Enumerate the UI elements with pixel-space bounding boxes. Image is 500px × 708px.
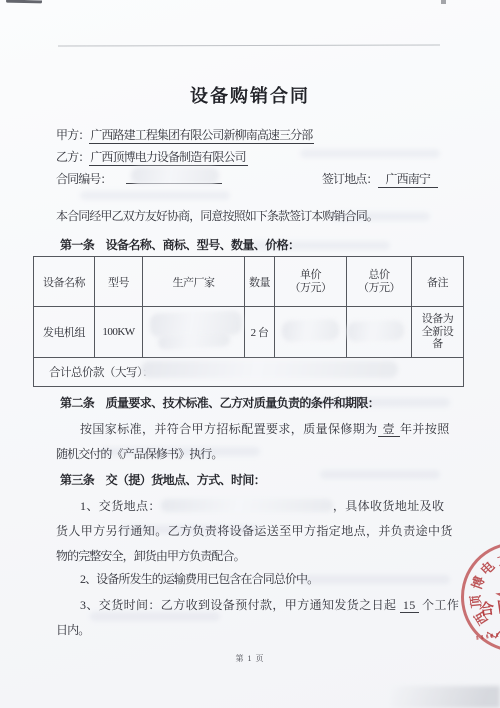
scan-top-rule — [58, 44, 440, 46]
col-header-unit-price-line2: （万元） — [290, 282, 332, 295]
clause3-item3-line1: 3、交货时间：乙方收到设备预付款，甲方通知发货之日起 15 个工作 — [80, 596, 459, 613]
item1-delivery-label: 1、交货地点： — [80, 499, 161, 513]
bleed-through — [300, 575, 450, 584]
clause2-line1-pre: 按国家标准，并符合甲方招标配置要求，质量保修期为 — [80, 422, 378, 436]
sign-place-label: 签订地点： — [322, 172, 378, 186]
col-header-total-price: 总价 （万元） — [347, 257, 412, 307]
contract-number-label: 合同编号： — [56, 170, 112, 187]
bleed-through — [80, 191, 230, 200]
redaction-delivery-place — [161, 499, 333, 512]
scan-corner-curl — [6, 0, 42, 6]
clause2-heading: 第二条 质量要求、技术标准、乙方对质量负责的条件和期限： — [60, 394, 379, 411]
col-header-total-price-line1: 总价 — [369, 269, 390, 282]
warranty-period-value: 壹 — [378, 422, 400, 437]
clause2-line1-post: 年并按照 — [400, 422, 450, 436]
party-a-label: 甲方： — [56, 128, 89, 142]
col-header-model: 型号 — [95, 257, 143, 307]
sign-place-line: 签订地点：广西南宁 — [322, 170, 438, 187]
scan-corner-shade — [390, 686, 500, 708]
clause2-line2: 随机交付的《产品保修书》执行。 — [56, 445, 223, 462]
col-header-total-price-line2: （万元） — [358, 282, 400, 295]
sign-place-value: 广西南宁 — [378, 172, 438, 188]
cell-equipment-name: 发电机组 — [34, 307, 95, 358]
contract-page: 设备购销合同 甲方：广西路建工程集团有限公司新柳南高速三分部 乙方：广西顶博电力… — [0, 0, 500, 708]
clause3-item1-line3: 物的完整安全，卸货由甲方负责配合。 — [56, 547, 245, 564]
intro-paragraph: 本合同经甲乙双方友好协商，同意按照如下条款签订本购销合同。 — [56, 207, 378, 224]
seal-center-text: 合同 — [478, 594, 500, 620]
item1-line1-post: ，具体收货地址及收 — [333, 499, 445, 513]
redaction-unit-price — [282, 319, 340, 342]
party-a-line: 甲方：广西路建工程集团有限公司新柳南高速三分部 — [56, 126, 314, 143]
clause3-item1-line2: 货人甲方另行通知。乙方负责将设备运送至甲方指定地点，并负责途中货 — [56, 522, 453, 539]
item3-post: 个工作 — [419, 598, 460, 612]
party-b-value: 广西顶博电力设备制造有限公司 — [89, 150, 247, 166]
col-header-name: 设备名称 — [34, 257, 95, 307]
company-seal: 广 西 顶 博 电 力 合同 — [454, 535, 500, 659]
party-b-label: 乙方： — [56, 150, 89, 164]
bleed-through — [90, 612, 220, 621]
bleed-through — [320, 470, 440, 479]
cell-model: 100KW — [95, 307, 143, 358]
bleed-through — [300, 149, 440, 158]
col-header-manufacturer: 生产厂家 — [143, 257, 245, 307]
clause2-line1: 按国家标准，并符合甲方招标配置要求，质量保修期为壹年并按照 — [80, 420, 450, 437]
redaction-total-price — [347, 320, 405, 342]
col-header-unit-price: 单价 （万元） — [275, 257, 347, 307]
col-header-unit-price-line1: 单价 — [300, 269, 321, 282]
cell-qty: 2 台 — [245, 307, 275, 358]
clause3-item3-line2: 日内。 — [56, 621, 89, 638]
redaction-amount-in-words — [141, 361, 398, 378]
scan-edge-tick — [441, 0, 446, 4]
col-header-remark: 备注 — [412, 257, 463, 307]
party-b-line: 乙方：广西顶博电力设备制造有限公司 — [56, 148, 248, 165]
cell-remark: 设备为全新设备 — [412, 307, 463, 358]
redaction-contract-number — [131, 167, 219, 184]
document-title: 设备购销合同 — [0, 82, 500, 108]
clause3-heading: 第三条 交（提）货地点、方式、时间： — [60, 471, 265, 488]
page-number: 第 1 页 — [0, 653, 500, 664]
clause3-item2: 2、设备所发生的运输费用已包含在合同总价中。 — [80, 570, 318, 587]
delivery-days-value: 15 — [400, 598, 419, 613]
party-a-value: 广西路建工程集团有限公司新柳南高速三分部 — [89, 128, 314, 144]
clause3-item1-line1: 1、交货地点：，具体收货地址及收 — [80, 497, 444, 514]
item3-pre: 3、交货时间：乙方收到设备预付款，甲方通知发货之日起 — [80, 598, 400, 612]
col-header-qty: 数量 — [245, 257, 275, 307]
clause1-heading: 第一条 设备名称、商标、型号、数量、价格： — [60, 236, 299, 253]
total-amount-label: 合计总价款（大写）： — [49, 364, 153, 380]
